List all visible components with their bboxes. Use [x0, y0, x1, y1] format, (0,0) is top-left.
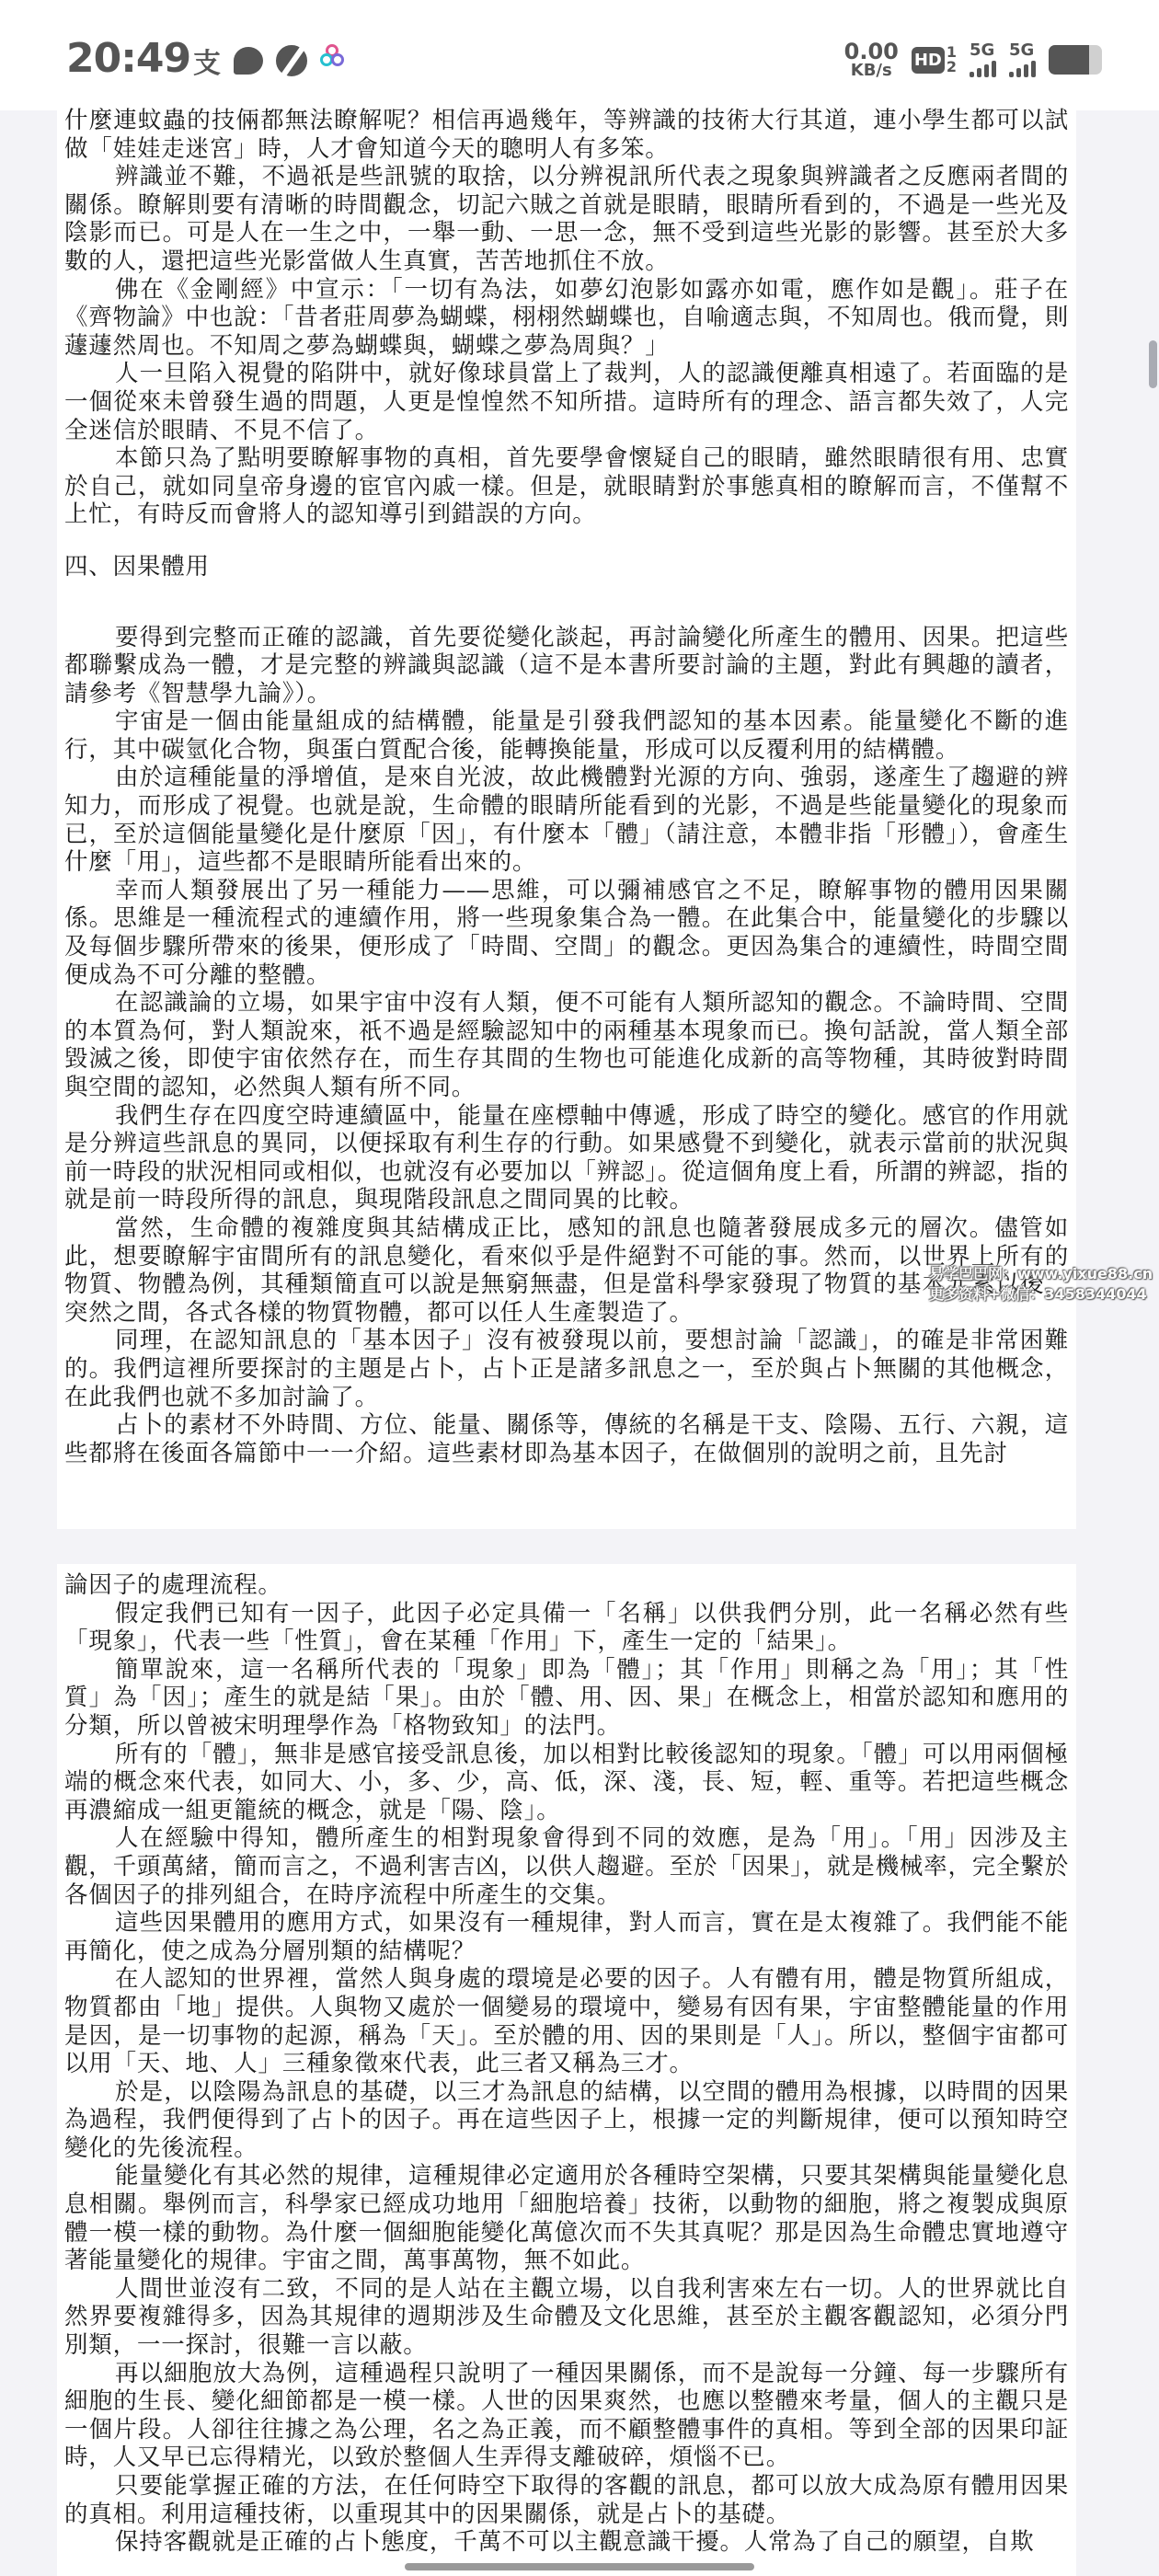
- paragraph: 只要能掌握正確的方法，在任何時空下取得的客觀的訊息，都可以放大成為原有體用因果的…: [64, 2472, 1069, 2528]
- paragraph: 辨識並不難，不過祇是些訊號的取捨，以分辨視訊所代表之現象與辨識者之反應兩者間的關…: [64, 163, 1069, 275]
- battery-icon: [1049, 45, 1102, 75]
- paragraph: 假定我們已知有一因子，此因子必定具備一「名稱」以供我們分別，此一名稱必然有些「現…: [64, 1600, 1069, 1656]
- chat-bubble-icon: [234, 47, 263, 75]
- sim-2-label: 2: [947, 60, 957, 75]
- paragraphs-before-heading: 什麼連蚊蟲的技倆都無法瞭解呢？相信再過幾年，等辨識的技術大行其道，連小學生都可以…: [64, 107, 1069, 529]
- watermark-line-1: 易学巴巴网：www.yixue88.cn: [929, 1264, 1153, 1284]
- notification-icons: 支: [193, 40, 344, 81]
- signal-5g-sim1-icon: 5G: [970, 42, 996, 77]
- paragraph: 所有的「體」，無非是感官接受訊息後，加以相對比較後認知的現象。「體」可以用兩個極…: [64, 1741, 1069, 1825]
- paragraph: 幸而人類發展出了另一種能力——思維，可以彌補感官之不足，瞭解事物的體用因果關係。…: [64, 877, 1069, 989]
- battery-level: [1049, 45, 1089, 75]
- paragraph: 要得到完整而正確的認識，首先要從變化談起，再討論變化所產生的體用、因果。把這些都…: [64, 624, 1069, 708]
- paragraph: 占卜的素材不外時間、方位、能量、關係等，傳統的名稱是干支、陰陽、五行、六親，這些…: [64, 1411, 1069, 1467]
- paragraph: 論因子的處理流程。: [64, 1571, 1069, 1600]
- paragraph: 人在經驗中得知，體所產生的相對現象會得到不同的效應，是為「用」。「用」因涉及主觀…: [64, 1824, 1069, 1909]
- system-indicators: 0.00 KB/s HD 1 2 5G 5G: [844, 40, 1102, 79]
- status-bar: 20:49 支 0.00 KB/s HD 1 2 5G 5G: [0, 0, 1159, 110]
- paragraph: 於是，以陰陽為訊息的基礎，以三才為訊息的結構，以空間的體用為根據，以時間的因果為…: [64, 2078, 1069, 2163]
- paragraphs: 論因子的處理流程。假定我們已知有一因子，此因子必定具備一「名稱」以供我們分別，此…: [64, 1571, 1069, 2557]
- paragraph: 宇宙是一個由能量組成的結構體，能量是引發我們認知的基本因素。能量變化不斷的進行，…: [64, 707, 1069, 764]
- page-1-text: 什麼連蚊蟲的技倆都無法瞭解呢？相信再過幾年，等辨識的技術大行其道，連小學生都可以…: [64, 107, 1069, 1467]
- paragraph: 這些因果體用的應用方式，如果沒有一種規律，對人而言，實在是太複雜了。我們能不能再…: [64, 1909, 1069, 1965]
- paragraphs-after-heading: 要得到完整而正確的認識，首先要從變化談起，再討論變化所產生的體用、因果。把這些都…: [64, 624, 1069, 1468]
- paragraph: 簡單說來，這一名稱所代表的「現象」即為「體」；其「作用」則稱之為「用」；其「性質…: [64, 1656, 1069, 1741]
- network-speed: 0.00 KB/s: [844, 40, 899, 79]
- paragraph: 由於這種能量的淨增值，是來自光波，故此機體對光源的方向、強弱，遂產生了趨避的辨知…: [64, 764, 1069, 876]
- network-speed-value: 0.00: [844, 40, 899, 63]
- page-2-text: 論因子的處理流程。假定我們已知有一因子，此因子必定具備一「名稱」以供我們分別，此…: [64, 1571, 1069, 2557]
- swift-app-icon: [276, 45, 307, 76]
- section-heading: 四、因果體用: [64, 553, 1069, 581]
- network-speed-unit: KB/s: [851, 63, 892, 79]
- paragraph: 同理，在認知訊息的「基本因子」沒有被發現以前，要想討論「認識」，的確是非常困難的…: [64, 1327, 1069, 1411]
- document-page-2[interactable]: 論因子的處理流程。假定我們已知有一因子，此因子必定具備一「名稱」以供我們分別，此…: [57, 1564, 1076, 2576]
- trio-circles-icon: [320, 44, 344, 77]
- paragraph: 當然，生命體的複雜度與其結構成正比，感知的訊息也隨著發展成多元的層次。儘管如此，…: [64, 1214, 1069, 1327]
- paragraph: 能量變化有其必然的規律，這種規律必定適用於各種時空架構，只要其架構與能量變化息息…: [64, 2162, 1069, 2274]
- paragraph: 人一旦陷入視覺的陷阱中，就好像球員當上了裁判，人的認識便離真相遠了。若面臨的是一…: [64, 360, 1069, 444]
- paragraph: 人間世並沒有二致，不同的是人站在主觀立場，以自我利害來左右一切。人的世界就比自然…: [64, 2275, 1069, 2360]
- clock: 20:49: [66, 35, 190, 82]
- hd-badge: HD: [912, 47, 945, 74]
- paragraph: 保持客觀就是正確的占卜態度，千萬不可以主觀意識干擾。人常為了自己的願望，自欺: [64, 2528, 1069, 2557]
- paragraph: 我們生存在四度空時連續區中，能量在座標軸中傳遞，形成了時空的變化。感官的作用就是…: [64, 1102, 1069, 1214]
- paragraph: 再以細胞放大為例，這種過程只說明了一種因果關係，而不是說每一分鐘、每一步驟所有細…: [64, 2360, 1069, 2472]
- home-gesture-bar[interactable]: [405, 2563, 754, 2570]
- signal-5g-sim2-icon: 5G: [1009, 42, 1036, 77]
- paragraph: 什麼連蚊蟲的技倆都無法瞭解呢？相信再過幾年，等辨識的技術大行其道，連小學生都可以…: [64, 107, 1069, 163]
- watermark: 易学巴巴网：www.yixue88.cn 更多资料+微信：3458344044: [929, 1264, 1153, 1305]
- hd-voice-icon: HD 1 2: [912, 45, 957, 75]
- paragraph: 本節只為了點明要瞭解事物的真相，首先要學會懷疑自己的眼睛，雖然眼睛很有用、忠實於…: [64, 444, 1069, 529]
- paragraph: 在認識論的立場，如果宇宙中沒有人類，便不可能有人類所認知的觀念。不論時間、空間的…: [64, 989, 1069, 1101]
- alipay-icon: 支: [193, 40, 221, 81]
- vertical-scrollbar-thumb[interactable]: [1149, 340, 1157, 388]
- paragraph: 在人認知的世界裡，當然人與身處的環境是必要的因子。人有體有用，體是物質所組成，物…: [64, 1965, 1069, 2077]
- document-page-1[interactable]: 什麼連蚊蟲的技倆都無法瞭解呢？相信再過幾年，等辨識的技術大行其道，連小學生都可以…: [57, 110, 1076, 1529]
- watermark-line-2: 更多资料+微信：3458344044: [929, 1284, 1153, 1305]
- paragraph: 佛在《金剛經》中宣示：「一切有為法，如夢幻泡影如露亦如電，應作如是觀」。莊子在《…: [64, 276, 1069, 361]
